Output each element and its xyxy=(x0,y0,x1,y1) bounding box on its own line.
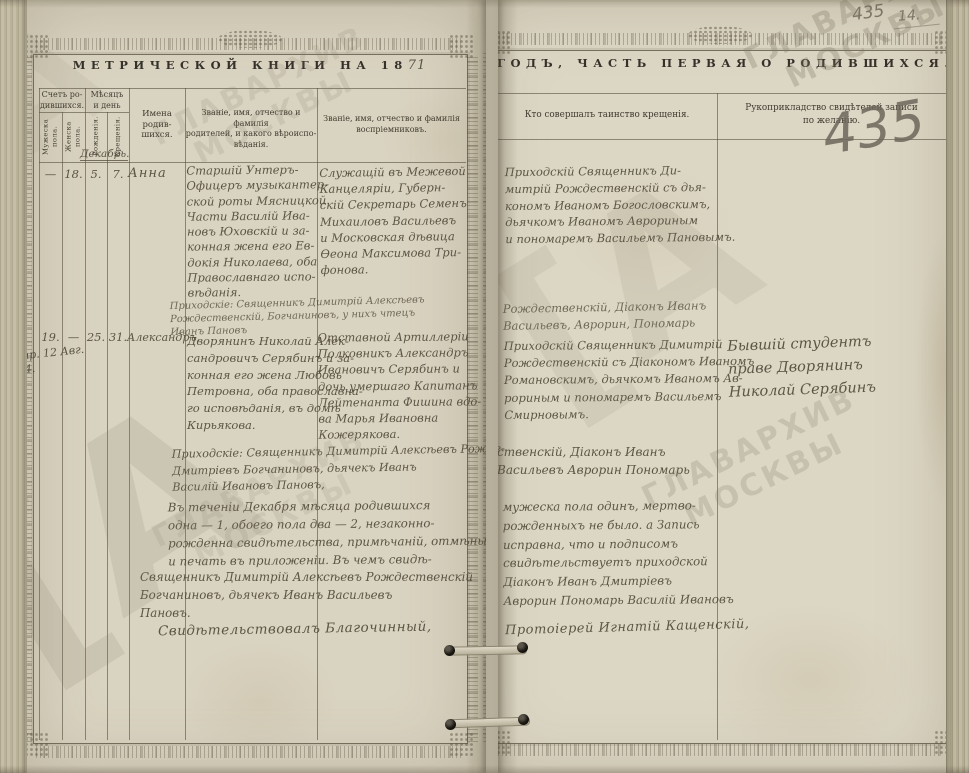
table-grid-line xyxy=(39,88,466,89)
entry1-female-count: 18. xyxy=(62,167,85,181)
top-edge-shadow xyxy=(0,0,969,8)
entry2-female-count: — xyxy=(62,330,85,344)
column-header-names: Именародив-шихся. xyxy=(129,109,185,141)
column-header-parents: Званіе, имя, отчество и фамиліяродителей… xyxy=(185,108,317,150)
summary-signatures: Священникъ Димитрій Алексѣевъ Рождествен… xyxy=(140,568,490,622)
pencil-folio-number: 14. xyxy=(897,7,920,25)
corner-ornament xyxy=(24,34,50,60)
column-header-officiant: Кто совершалъ таинство крещенія. xyxy=(497,110,717,121)
entry1-baptism-day: 7. xyxy=(107,167,129,181)
right-page-edge-stack xyxy=(946,0,969,773)
handwritten-month-header: Декабрь. xyxy=(80,148,128,161)
entry1-birth-day: 5. xyxy=(85,167,107,181)
handwritten-year: 71 xyxy=(408,58,427,73)
table-grid-line xyxy=(129,88,130,740)
left-page-title-printed: МЕТРИЧЕСКОЙ КНИГИ НА 18 xyxy=(73,58,408,72)
entry1-godparents-text: Служащій въ МежевойКанцеляріи, Губерн-ск… xyxy=(319,163,467,278)
table-grid-line xyxy=(62,112,63,740)
left-page-title: МЕТРИЧЕСКОЙ КНИГИ НА 1871 xyxy=(33,58,466,73)
corner-ornament xyxy=(24,732,50,758)
month-summary-text: Въ теченіи Декабря мѣсяца родившихсяодна… xyxy=(168,496,494,571)
entry1-male-count: — xyxy=(39,167,62,181)
clergy-attestation-block-right: ственскій, Діаконъ ИванъВасильевъ Аврори… xyxy=(497,444,727,479)
ornament-border xyxy=(498,744,941,756)
binding-cord xyxy=(447,645,527,655)
entry2-parents-text: Дворянинъ Николай Алек-сандровичъ Серяби… xyxy=(187,333,317,434)
entry1-parents-text: Старшій Унтеръ-Офицеръ музыкантер-ской р… xyxy=(186,162,315,301)
entry2-godparents-text: Отставной АртиллеріиПолковникъ Александр… xyxy=(318,328,469,443)
bottom-edge-shadow xyxy=(0,765,969,773)
witness-signature: Бывшій студентъправе ДворянинъНиколай Се… xyxy=(727,328,944,404)
column-header-count-group: Счетъ ро-дившихся. xyxy=(39,90,85,111)
binding-grommet xyxy=(517,642,528,653)
entry1-officiant-text: Приходскій Священникъ Ди-митрій Рождеств… xyxy=(505,162,721,248)
entry1-name: Анна xyxy=(128,166,184,181)
clergy-attestation-block: Приходскіе: Священникъ Димитрій Алексѣев… xyxy=(172,441,488,496)
clergy-interlinear-note-right: Рождественскій, Діаконъ ИванъВасильевъ, … xyxy=(503,297,724,335)
column-header-male-count: Мужеска пола. xyxy=(39,113,62,160)
ornament-border xyxy=(36,746,463,758)
table-grid-line xyxy=(39,88,40,740)
column-header-month-group: Мѣсяцъи день xyxy=(85,90,129,111)
entry2-birth-day: 25. xyxy=(85,330,107,344)
binding-grommet xyxy=(445,719,456,730)
entry2-male-count: 19. xyxy=(39,330,62,344)
right-page-title: ГОДЪ, ЧАСТЬ ПЕРВАЯ О РОДИВШИХСЯ. xyxy=(497,56,946,70)
table-grid-line xyxy=(85,88,86,740)
top-medallion-ornament xyxy=(688,26,752,44)
entry2-officiant-text: Приходскій Священникъ ДимитрійРождествен… xyxy=(504,336,730,424)
table-grid-line xyxy=(107,112,108,740)
top-medallion-ornament xyxy=(218,30,282,48)
left-page-edge-stack xyxy=(0,0,27,773)
column-header-godparents: Званіе, имя, отчество и фамиліявоспріемн… xyxy=(317,114,466,135)
scanned-register-spread: МЕТРИЧЕСКОЙ КНИГИ НА 1871 Счетъ ро-дивши… xyxy=(0,0,969,773)
month-summary-text-right: мужеска пола одинъ, мертво-рожденныхъ не… xyxy=(503,496,739,611)
binding-gutter-shadow xyxy=(466,0,518,773)
entry2-name: Александръ. xyxy=(127,331,187,344)
binding-grommet xyxy=(518,714,529,725)
binding-grommet xyxy=(444,645,455,656)
entry2-baptism-day: 31. xyxy=(107,330,129,344)
